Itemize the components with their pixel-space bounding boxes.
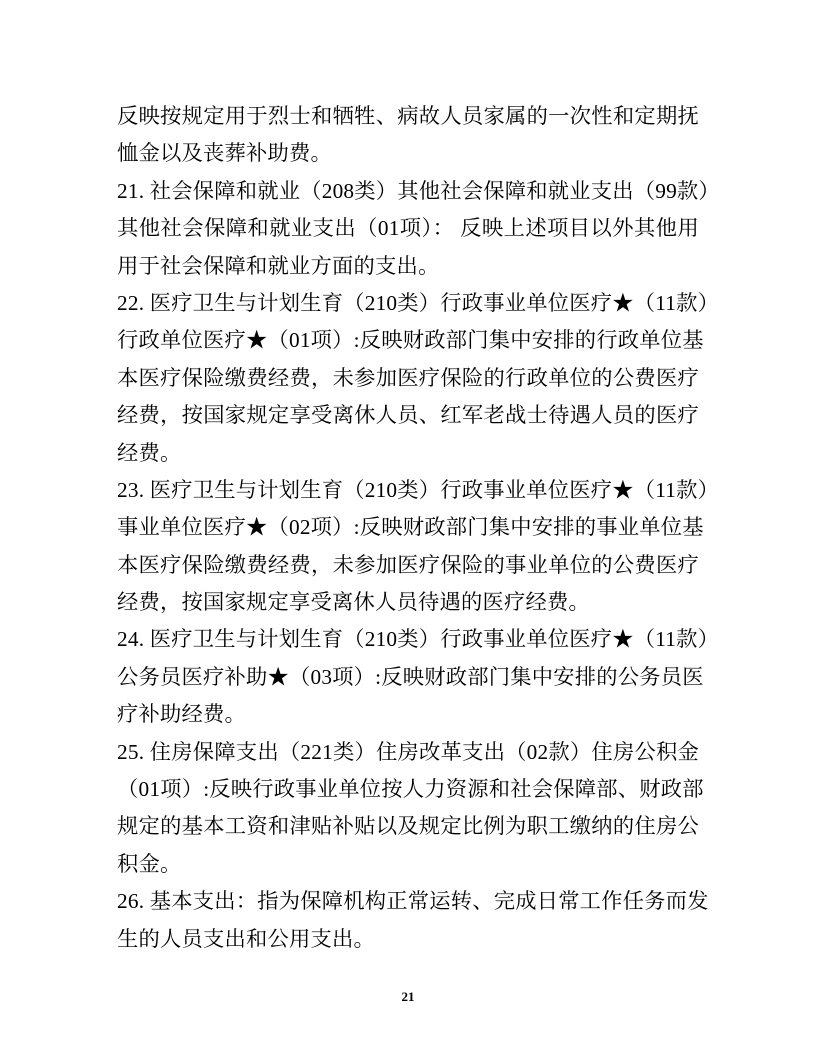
- paragraph: 24. 医疗卫生与计划生育（210类）行政事业单位医疗★（11款）公务员医疗补助…: [117, 621, 699, 733]
- text-line: 24. 医疗卫生与计划生育（210类）行政事业单位医疗★（11款）: [117, 621, 699, 658]
- text-line: 本医疗保险缴费经费，未参加医疗保险的事业单位的公费医疗: [117, 547, 699, 584]
- text-line: 21. 社会保障和就业（208类）其他社会保障和就业支出（99款）: [117, 173, 699, 210]
- text-line: 积金。: [117, 846, 699, 883]
- paragraph: 22. 医疗卫生与计划生育（210类）行政事业单位医疗★（11款）行政单位医疗★…: [117, 285, 699, 472]
- text-line: 经费，按国家规定享受离休人员待遇的医疗经费。: [117, 584, 699, 621]
- text-line: 22. 医疗卫生与计划生育（210类）行政事业单位医疗★（11款）: [117, 285, 699, 322]
- text-line: 反映按规定用于烈士和牺牲、病故人员家属的一次性和定期抚: [117, 98, 699, 135]
- text-line: 生的人员支出和公用支出。: [117, 921, 699, 958]
- paragraph: 26. 基本支出：指为保障机构正常运转、完成日常工作任务而发生的人员支出和公用支…: [117, 883, 699, 958]
- document-body: 反映按规定用于烈士和牺牲、病故人员家属的一次性和定期抚恤金以及丧葬补助费。21.…: [117, 98, 699, 958]
- text-line: 事业单位医疗★（02项）:反映财政部门集中安排的事业单位基: [117, 509, 699, 546]
- text-line: 本医疗保险缴费经费，未参加医疗保险的行政单位的公费医疗: [117, 360, 699, 397]
- text-line: 经费，按国家规定享受离休人员、红军老战士待遇人员的医疗: [117, 397, 699, 434]
- text-line: （01项）:反映行政事业单位按人力资源和社会保障部、财政部: [117, 771, 699, 808]
- paragraph: 23. 医疗卫生与计划生育（210类）行政事业单位医疗★（11款）事业单位医疗★…: [117, 472, 699, 622]
- paragraph: 25. 住房保障支出（221类）住房改革支出（02款）住房公积金（01项）:反映…: [117, 734, 699, 884]
- text-line: 公务员医疗补助★（03项）:反映财政部门集中安排的公务员医: [117, 659, 699, 696]
- text-line: 23. 医疗卫生与计划生育（210类）行政事业单位医疗★（11款）: [117, 472, 699, 509]
- text-line: 26. 基本支出：指为保障机构正常运转、完成日常工作任务而发: [117, 883, 699, 920]
- text-line: 用于社会保障和就业方面的支出。: [117, 248, 699, 285]
- paragraph: 反映按规定用于烈士和牺牲、病故人员家属的一次性和定期抚恤金以及丧葬补助费。: [117, 98, 699, 173]
- text-line: 其他社会保障和就业支出（01项）： 反映上述项目以外其他用: [117, 210, 699, 247]
- page-number: 21: [0, 989, 816, 1005]
- paragraph: 21. 社会保障和就业（208类）其他社会保障和就业支出（99款）其他社会保障和…: [117, 173, 699, 285]
- text-line: 疗补助经费。: [117, 696, 699, 733]
- document-page: 反映按规定用于烈士和牺牲、病故人员家属的一次性和定期抚恤金以及丧葬补助费。21.…: [0, 0, 816, 1056]
- text-line: 经费。: [117, 435, 699, 472]
- text-line: 规定的基本工资和津贴补贴以及规定比例为职工缴纳的住房公: [117, 808, 699, 845]
- text-line: 25. 住房保障支出（221类）住房改革支出（02款）住房公积金: [117, 734, 699, 771]
- text-line: 行政单位医疗★（01项）:反映财政部门集中安排的行政单位基: [117, 322, 699, 359]
- text-line: 恤金以及丧葬补助费。: [117, 135, 699, 172]
